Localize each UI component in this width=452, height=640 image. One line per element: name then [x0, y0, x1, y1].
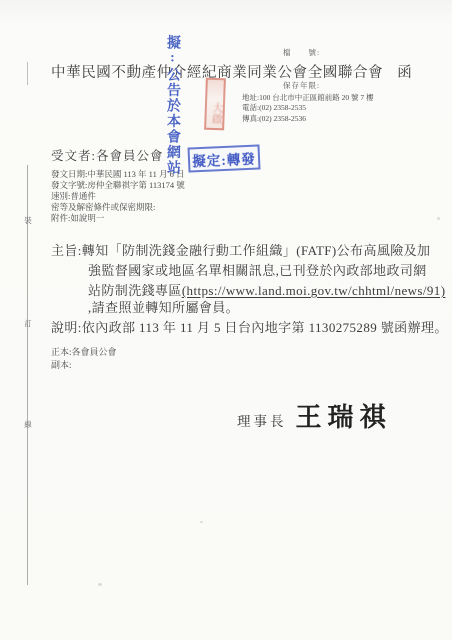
document-type: 函	[397, 65, 412, 81]
binding-mark-ding: 訂	[22, 318, 34, 329]
cc-recipient-line: 副本:	[51, 359, 117, 372]
copies-block: 正本:各會員公會 副本:	[51, 346, 117, 372]
document-title-row: 中華民國不動產仲介經紀商業同業公會全國聯合會函	[51, 61, 436, 82]
moi-news-url: (https://www.land.moi.gov.tw/chhtml/news…	[182, 283, 446, 298]
binding-mark-zhuang: 裝	[22, 215, 34, 226]
original-recipient-line: 正本:各會員公會	[51, 346, 117, 359]
phone-line: 電話:(02) 2358-2535	[242, 103, 373, 113]
address-line: 地址:100 台北市中正區館前路 20 號 7 樓	[242, 93, 373, 103]
red-seal-stamp: 大啟	[204, 78, 226, 131]
binding-mark-xian: 線	[22, 419, 34, 430]
file-number-label: 檔 號:	[283, 47, 320, 58]
priority-line: 速別:普通件	[51, 191, 185, 202]
scanned-document-page: 檔 號: 保存年限: 裝 訂 線 中華民國不動產仲介經紀商業同業公會全國聯合會函…	[0, 0, 452, 640]
fax-line: 傳真:(02) 2358-2536	[242, 114, 373, 124]
scan-artifact	[437, 217, 440, 220]
confidentiality-line: 密等及解密條件或保密期限:	[51, 202, 185, 213]
binding-line	[27, 165, 28, 585]
contact-info-block: 地址:100 台北市中正區館前路 20 號 7 樓 電話:(02) 2358-2…	[242, 93, 373, 124]
binding-line-top-segment	[27, 62, 28, 85]
signer-title: 理事長	[237, 410, 287, 430]
subject-line-4: ,請查照並轉知所屬會員。	[88, 297, 239, 316]
scan-artifact	[98, 583, 102, 586]
signature-block: 理事長 王瑞祺	[237, 397, 392, 434]
subject-line-2: 強監督國家或地區名單相關訊息,已刊登於內政部地政司網	[88, 260, 427, 279]
attachment-line: 附件:如說明一	[51, 213, 185, 224]
scan-artifact	[200, 521, 203, 523]
subject-line-3-text: 站防制洗錢專區	[88, 283, 182, 298]
signer-name: 王瑞祺	[296, 397, 392, 434]
handwritten-annotation: 擬:公告於本會網站	[162, 35, 182, 183]
explanation-line: 說明:依內政部 113 年 11 月 5 日台內地字第 1130275289 號…	[51, 317, 448, 336]
recipient-line: 受文者:各會員公會	[51, 146, 163, 164]
approval-stamp: 擬定:轉發	[187, 144, 260, 172]
subject-line-1: 主旨:轉知「防制洗錢金融行動工作組織」(FATF)公布高風險及加	[51, 240, 430, 259]
red-seal-text: 大啟	[208, 102, 225, 125]
